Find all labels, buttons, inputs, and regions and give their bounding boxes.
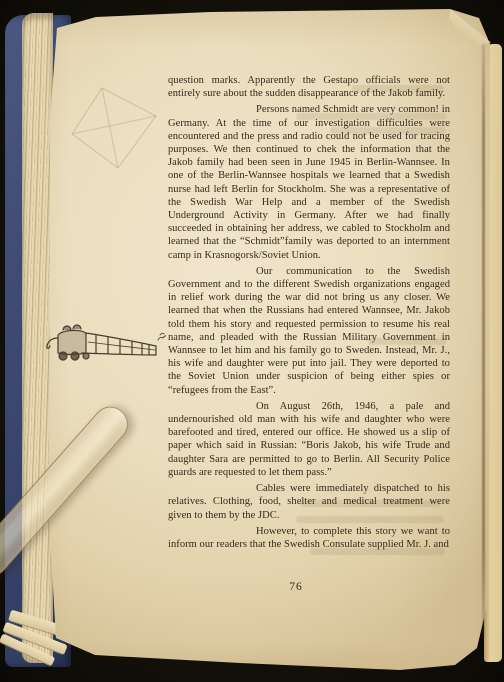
showthrough-sketch-icon <box>64 80 176 176</box>
body-text-paragraph: question marks. Apparently the Gestapo o… <box>168 74 450 100</box>
page-number: 76 <box>168 581 424 593</box>
body-text-paragraph: Cables were immediately dispatched to hi… <box>168 482 450 522</box>
train-sketch-icon <box>42 316 166 366</box>
page-text: question marks. Apparently the Gestapo o… <box>168 74 450 554</box>
body-text-paragraph: However, to complete this story we want … <box>168 525 450 551</box>
body-text-paragraph: On August 26th, 1946, a pale and underno… <box>168 400 450 479</box>
body-text-paragraph: Persons named Schmidt are very common! i… <box>168 103 450 261</box>
page-crease <box>482 38 485 638</box>
photo-of-open-book: { "book_page": { "page_number": "76", "p… <box>0 0 504 682</box>
body-text-paragraph: Our communication to the Swedish Governm… <box>168 265 450 397</box>
